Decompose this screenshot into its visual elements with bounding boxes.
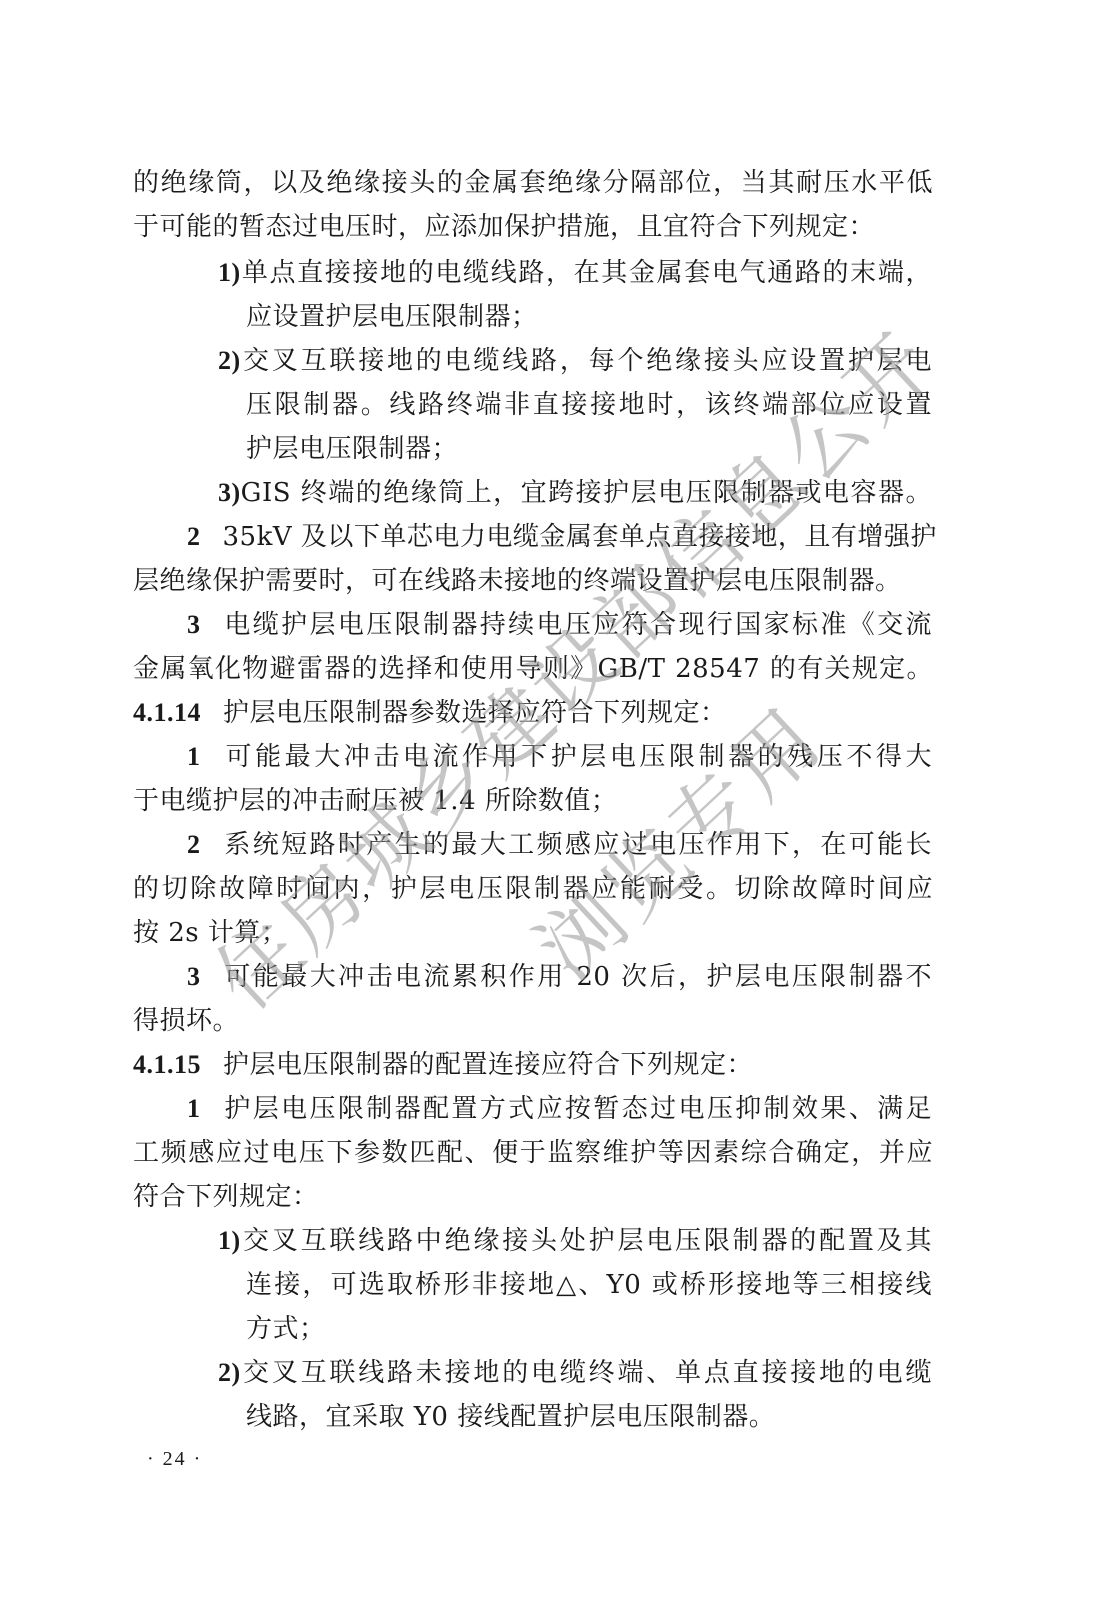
sub-item-3: 3)GIS 终端的绝缘筒上，宜跨接护层电压限制器或电容器。: [218, 478, 932, 508]
sub-item-marker: 1): [218, 1226, 241, 1255]
body-line: 线路，宜采取 Y0 接线配置护层电压限制器。: [246, 1402, 932, 1432]
sub-item-1: 1)单点直接接地的电缆线路，在其金属套电气通路的末端，: [218, 258, 932, 288]
body-line: 护层电压限制器；: [246, 434, 932, 464]
line-text: 应设置护层电压限制器；: [246, 302, 538, 332]
paragraph-2: 235kV 及以下单芯电力电缆金属套单点直接接地，且有增强护: [187, 522, 932, 552]
page-number: · 24 ·: [147, 1448, 202, 1471]
line-text: 的绝缘筒，以及绝缘接头的金属套绝缘分隔部位，当其耐压水平低: [133, 168, 933, 198]
paragraph-3: 3可能最大冲击电流累积作用 20 次后，护层电压限制器不: [187, 962, 932, 992]
paragraph-number: 3: [187, 610, 201, 639]
body-line: 层绝缘保护需要时，可在线路未接地的终端设置护层电压限制器。: [133, 566, 933, 596]
clause-number: 4.1.14: [133, 698, 201, 727]
sub-item-marker: 3): [218, 478, 241, 507]
line-text: 于电缆护层的冲击耐压被 1.4 所除数值；: [133, 786, 617, 816]
sub-item-2: 2)交叉互联线路未接地的电缆终端、单点直接接地的电缆: [218, 1358, 932, 1388]
paragraph-number: 1: [187, 742, 201, 771]
line-text: 线路，宜采取 Y0 接线配置护层电压限制器。: [246, 1402, 775, 1432]
line-text: 工频感应过电压下参数匹配、便于监察维护等因素综合确定，并应: [133, 1138, 933, 1168]
body-line: 符合下列规定：: [133, 1182, 933, 1212]
line-text: 系统短路时产生的最大工频感应过电压作用下，在可能长: [223, 830, 933, 860]
body-line: 于可能的暂态过电压时，应添加保护措施，且宜符合下列规定：: [133, 212, 933, 242]
line-text: 护层电压限制器配置方式应按暂态过电压抑制效果、满足: [223, 1094, 933, 1124]
line-text: 电缆护层电压限制器持续电压应符合现行国家标准《交流: [223, 610, 933, 640]
clause-title: 护层电压限制器参数选择应符合下列规定：: [223, 698, 727, 728]
paragraph-number: 1: [187, 1094, 201, 1123]
line-text: 压限制器。线路终端非直接接地时，该终端部位应设置: [246, 390, 932, 420]
paragraph-2: 2系统短路时产生的最大工频感应过电压作用下，在可能长: [187, 830, 932, 860]
body-line: 按 2s 计算；: [133, 918, 933, 948]
line-text: 交叉互联线路未接地的电缆终端、单点直接接地的电缆: [241, 1358, 932, 1388]
line-text: 的切除故障时间内，护层电压限制器应能耐受。切除故障时间应: [133, 874, 933, 904]
sub-item-marker: 2): [218, 346, 241, 375]
clause-4-1-15: 4.1.15护层电压限制器的配置连接应符合下列规定：: [133, 1050, 933, 1080]
line-text: 可能最大冲击电流作用下护层电压限制器的残压不得大: [223, 742, 933, 772]
line-text: 35kV 及以下单芯电力电缆金属套单点直接接地，且有增强护: [223, 522, 937, 552]
line-text: 符合下列规定：: [133, 1182, 319, 1212]
paragraph-number: 2: [187, 830, 201, 859]
line-text: 交叉互联接地的电缆线路，每个绝缘接头应设置护层电: [241, 346, 932, 376]
line-text: 层绝缘保护需要时，可在线路未接地的终端设置护层电压限制器。: [133, 566, 902, 596]
body-line: 方式；: [246, 1314, 932, 1344]
paragraph-number: 3: [187, 962, 201, 991]
line-text: 单点直接接地的电缆线路，在其金属套电气通路的末端，: [241, 258, 932, 288]
line-text: 金属氧化物避雷器的选择和使用导则》GB/T 28547 的有关规定。: [133, 654, 933, 684]
line-text: 护层电压限制器；: [246, 434, 458, 464]
sub-item-1: 1)交叉互联线路中绝缘接头处护层电压限制器的配置及其: [218, 1226, 932, 1256]
body-line: 得损坏。: [133, 1006, 933, 1036]
line-text: 按 2s 计算；: [133, 918, 287, 948]
line-text: 于可能的暂态过电压时，应添加保护措施，且宜符合下列规定：: [133, 212, 875, 242]
line-text: GIS 终端的绝缘筒上，宜跨接护层电压限制器或电容器。: [241, 478, 932, 508]
body-line: 的切除故障时间内，护层电压限制器应能耐受。切除故障时间应: [133, 874, 933, 904]
body-line: 的绝缘筒，以及绝缘接头的金属套绝缘分隔部位，当其耐压水平低: [133, 168, 933, 198]
sub-item-marker: 1): [218, 258, 241, 287]
paragraph-1: 1护层电压限制器配置方式应按暂态过电压抑制效果、满足: [187, 1094, 932, 1124]
body-line: 于电缆护层的冲击耐压被 1.4 所除数值；: [133, 786, 933, 816]
line-text: 可能最大冲击电流累积作用 20 次后，护层电压限制器不: [223, 962, 933, 992]
line-text: 方式；: [246, 1314, 326, 1344]
body-line: 应设置护层电压限制器；: [246, 302, 932, 332]
line-text: 连接，可选取桥形非接地△、Y0 或桥形接地等三相接线: [246, 1270, 932, 1300]
line-text: 交叉互联线路中绝缘接头处护层电压限制器的配置及其: [241, 1226, 932, 1256]
line-text: 得损坏。: [133, 1006, 239, 1036]
paragraph-number: 2: [187, 522, 201, 551]
body-line: 连接，可选取桥形非接地△、Y0 或桥形接地等三相接线: [246, 1270, 932, 1300]
body-line: 金属氧化物避雷器的选择和使用导则》GB/T 28547 的有关规定。: [133, 654, 933, 684]
body-line: 工频感应过电压下参数匹配、便于监察维护等因素综合确定，并应: [133, 1138, 933, 1168]
clause-number: 4.1.15: [133, 1050, 201, 1079]
clause-title: 护层电压限制器的配置连接应符合下列规定：: [223, 1050, 753, 1080]
body-line: 压限制器。线路终端非直接接地时，该终端部位应设置: [246, 390, 932, 420]
paragraph-3: 3电缆护层电压限制器持续电压应符合现行国家标准《交流: [187, 610, 932, 640]
sub-item-marker: 2): [218, 1358, 241, 1387]
paragraph-1: 1可能最大冲击电流作用下护层电压限制器的残压不得大: [187, 742, 932, 772]
clause-4-1-14: 4.1.14护层电压限制器参数选择应符合下列规定：: [133, 698, 933, 728]
document-page: 的绝缘筒，以及绝缘接头的金属套绝缘分隔部位，当其耐压水平低 于可能的暂态过电压时…: [0, 0, 1106, 1598]
sub-item-2: 2)交叉互联接地的电缆线路，每个绝缘接头应设置护层电: [218, 346, 932, 376]
